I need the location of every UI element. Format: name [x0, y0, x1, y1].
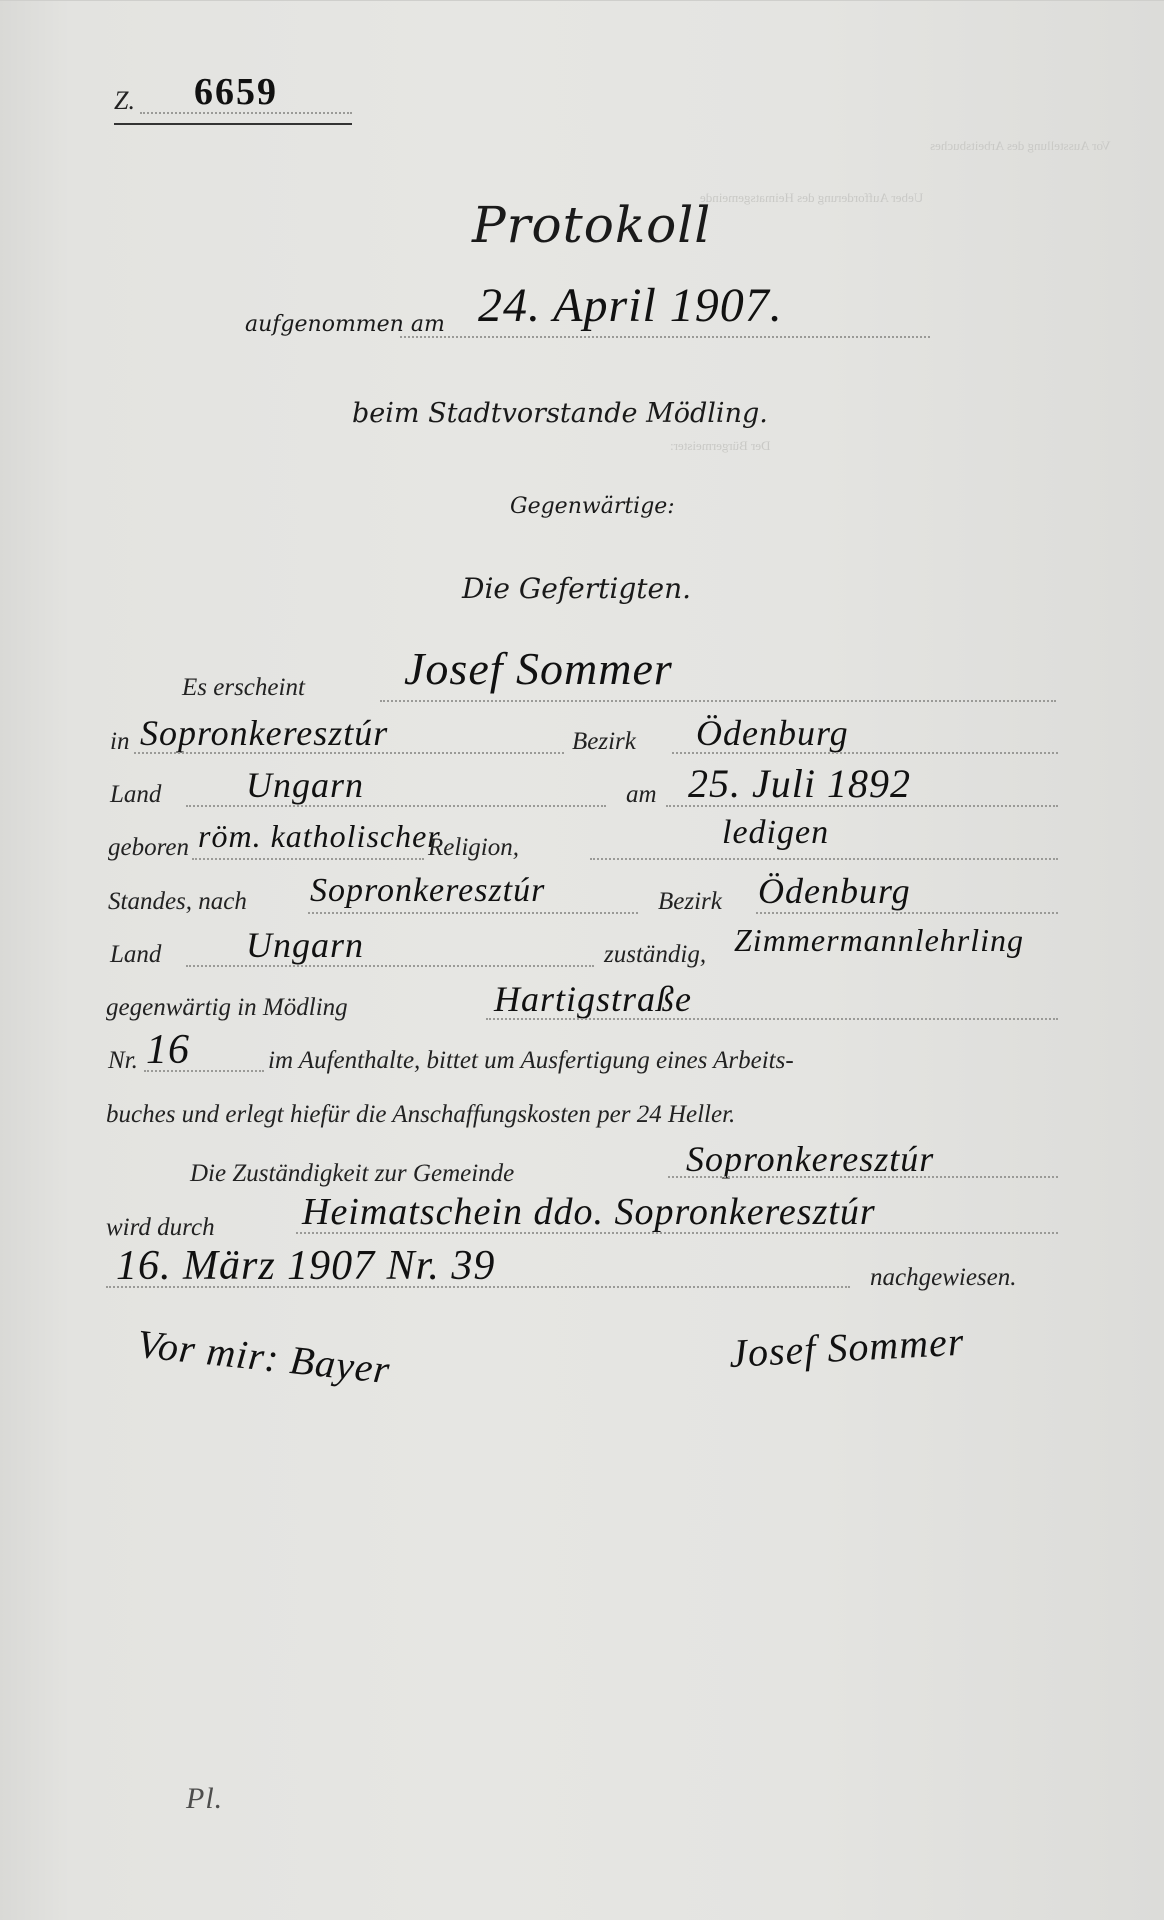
religion-line	[192, 858, 424, 860]
bleed-through-text: Der Bürgermeister:	[670, 438, 770, 454]
born-label: geboren	[108, 834, 189, 862]
home-value: Sopronkeresztúr	[310, 872, 545, 910]
religion-value: röm. katholischer	[198, 818, 441, 855]
home-district-value: Ödenburg	[758, 870, 911, 912]
page-edge	[0, 0, 1164, 1]
proof-label-3: nachgewiesen.	[870, 1264, 1016, 1292]
number-line	[144, 1070, 264, 1072]
proof-document-line	[296, 1232, 1058, 1234]
street-value: Hartigstraße	[494, 978, 692, 1020]
authority: beim Stadtvorstande Mödling.	[352, 398, 768, 429]
jurisdiction-label: zuständig,	[604, 941, 706, 969]
status-value: ledigen	[722, 814, 829, 852]
religion-label: Religion,	[428, 834, 519, 862]
document-page: Vor Ausstellung des Arbeitsbuches Ueber …	[0, 0, 1164, 1920]
street-line	[486, 1018, 1058, 1020]
present-label: Gegenwärtige:	[510, 494, 675, 519]
appears-value: Josef Sommer	[404, 642, 673, 695]
reference-prefix: Z.	[114, 86, 135, 116]
applicant-signature: Josef Sommer	[728, 1318, 965, 1377]
proof-label-2: wird durch	[106, 1214, 215, 1242]
home-line	[308, 912, 638, 914]
municipality-value: Sopronkeresztúr	[686, 1138, 934, 1180]
reference-line	[140, 112, 352, 114]
home-district-label: Bezirk	[658, 888, 722, 916]
country-line	[186, 805, 606, 807]
proof-label-1: Die Zuständigkeit zur Gemeinde	[190, 1160, 514, 1188]
recorded-date: 24. April 1907.	[478, 278, 783, 333]
recorded-label: aufgenommen am	[245, 312, 445, 337]
bleed-through-text: Ueber Aufforderung des Heimatsgemeinde	[700, 190, 923, 206]
bleed-through-text: Vor Ausstellung des Arbeitsbuches	[930, 138, 1111, 154]
proof-document-value: Heimatschein ddo. Sopronkeresztúr	[302, 1190, 876, 1234]
home-country-value: Ungarn	[246, 924, 364, 966]
number-label: Nr.	[108, 1047, 138, 1075]
in-line	[134, 752, 564, 754]
in-label: in	[110, 728, 129, 756]
occupation-value: Zimmermannlehrling	[734, 922, 1024, 959]
district-label: Bezirk	[572, 728, 636, 756]
in-value: Sopronkeresztúr	[140, 712, 388, 754]
born-on-label: am	[626, 781, 657, 809]
status-label: Standes, nach	[108, 888, 247, 916]
appears-label: Es erscheint	[182, 674, 305, 702]
home-country-line	[186, 965, 594, 967]
recorded-date-line	[400, 336, 930, 338]
municipality-line	[668, 1176, 1058, 1178]
current-location-label: gegenwärtig in Mödling	[106, 994, 348, 1022]
born-on-line	[666, 805, 1058, 807]
appears-line	[380, 700, 1056, 702]
proof-date-value: 16. März 1907 Nr. 39	[116, 1242, 495, 1290]
proof-date-line	[106, 1286, 850, 1288]
reference-underline	[114, 123, 352, 125]
country-label: Land	[110, 781, 161, 809]
request-text-2: buches und erlegt hiefür die Anschaffung…	[106, 1101, 735, 1129]
number-value: 16	[146, 1026, 190, 1074]
status-line	[590, 858, 1058, 860]
district-value: Ödenburg	[696, 712, 849, 754]
home-country-label: Land	[110, 941, 161, 969]
document-title: Protokoll	[472, 196, 711, 254]
reference-number: 6659	[194, 70, 278, 114]
present-value: Die Gefertigten.	[462, 572, 691, 605]
born-on-value: 25. Juli 1892	[688, 760, 911, 807]
stamp-mark: Pl.	[186, 1782, 223, 1816]
official-signature: Vor mir: Bayer	[135, 1320, 392, 1393]
request-text-1: im Aufenthalte, bittet um Ausfertigung e…	[268, 1047, 794, 1075]
home-district-line	[756, 912, 1058, 914]
district-line	[672, 752, 1058, 754]
country-value: Ungarn	[246, 764, 364, 806]
